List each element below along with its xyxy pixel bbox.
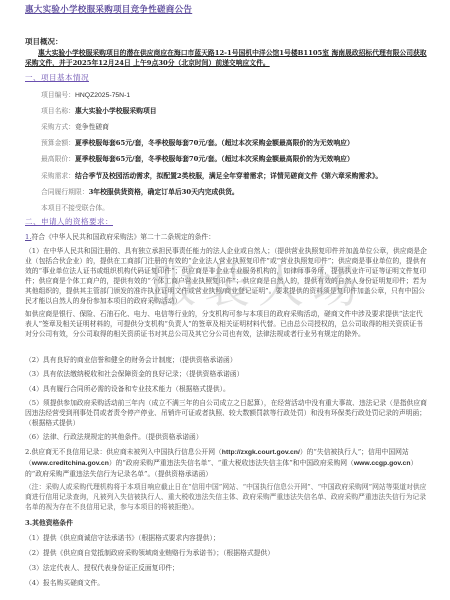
overview-label: 项目概况： — [25, 36, 63, 47]
section-1-heading[interactable]: 一、项目基本情况 — [25, 72, 89, 83]
section-2-heading[interactable]: 二、申请人的资格要求： — [25, 216, 113, 227]
requirement-1-branch-note: 如供应商是银行、保险、石油石化、电力、电信等行业的，分支机构可参与本项目的政府采… — [25, 309, 427, 339]
field-max-price: 最高限价：夏季校服每套65元/套，冬季校服每套70元/套。（超过本次采购金额最高… — [41, 153, 354, 163]
consortium-note: 本项目不接受联合体。 — [41, 202, 109, 212]
link-zxgk[interactable]: http://zxgk.court.gov.cn/ — [222, 449, 300, 456]
field-value: 惠大实验小学校服采购项目 — [75, 107, 157, 115]
field-value: 结合季节及校园活动需求，拟配置2类校服，满足全年穿着需求；详情见磋商文件《第六章… — [75, 172, 382, 180]
field-value: 夏季校服每套65元/套，冬季校服每套70元/套。（超过本次采购金额最高限价的为无… — [75, 155, 354, 163]
requirement-3-item-2: （2）提供《供应商自觉抵制政府采购领域商业贿赂行为承诺书》；（根据格式提供） — [25, 548, 427, 558]
requirement-3-item-4: （4）报名购买磋商文件。 — [25, 578, 427, 588]
link-ccgp[interactable]: www.ccgp.gov.cn — [354, 460, 411, 467]
requirement-2: 2.供应商无不良信用记录：供应商未被列入中国执行信息公开网（http://zxg… — [25, 447, 427, 479]
field-value: 3年校服供货资格，确定订单后30天内完成供货。 — [89, 188, 239, 196]
requirement-1-item-1: （1）在中华人民共和国注册的、具有独立承担民事责任能力的法人企业或自然人；（提供… — [25, 246, 427, 306]
field-project-name: 项目名称：惠大实验小学校服采购项目 — [41, 105, 157, 115]
field-key: 合同履行期限： — [41, 188, 89, 196]
requirement-3-item-1: （1）提供《供应商诚信守法承诺书》（根据格式要求内容提供）； — [25, 533, 427, 543]
requirement-2-note: （注：采购人或采购代理机构将于本项目响应截止日在“信用中国”网站、“中国执行信息… — [25, 482, 427, 512]
field-key: 项目编号： — [41, 91, 75, 99]
requirement-1-item-6: （6）法律、行政法规规定的其他条件。（提供资格承诺函） — [25, 432, 427, 442]
requirement-3-heading: 3.其他资格条件 — [25, 518, 427, 528]
announcement-title[interactable]: 惠大实验小学校服采购项目竞争性磋商公告 — [25, 3, 192, 15]
requirement-1-item-3: （3）具有依法缴纳税收和社会保障资金的良好记录；（提供资格承诺函） — [25, 369, 427, 379]
overview-text: 惠大实验小学校服采购项目的潜在供应商应在海口市蓝天路12-1号国机中洋公馆1号楼… — [25, 48, 427, 68]
requirement-1: 1.符合《中华人民共和国政府采购法》第二十二条规定的条件： — [25, 232, 427, 242]
field-value: 竞争性磋商 — [75, 123, 109, 131]
link-creditchina[interactable]: www.creditchina.gov.cn — [32, 460, 109, 467]
field-key: 采购需求： — [41, 172, 75, 180]
requirement-1-item-4: （4）具有履行合同所必需的设备和专业技术能力（根据格式提供）。 — [25, 384, 427, 394]
requirement-1-item-5: （5）须提供参加政府采购活动前三年内（成立不满三年的自公司成立之日起算），在经营… — [25, 398, 427, 428]
field-value: 夏季校服每套65元/套，冬季校服每套70元/套。（超过本次采购金额最高限价的为无… — [75, 139, 354, 147]
field-key: 最高限价： — [41, 155, 75, 163]
field-key: 项目名称： — [41, 107, 75, 115]
field-project-number: 项目编号：HNQZ2025-75N-1 — [41, 89, 130, 99]
field-value: HNQZ2025-75N-1 — [75, 92, 130, 99]
field-requirements: 采购需求：结合季节及校园活动需求，拟配置2类校服，满足全年穿着需求；详情见磋商文… — [41, 170, 382, 180]
requirement-1-item-2: （2）具有良好的商业信誉和健全的财务会计制度；（提供资格承诺函） — [25, 355, 427, 365]
field-contract-period: 合同履行期限：3年校服供货资格，确定订单后30天内完成供货。 — [41, 186, 239, 196]
requirement-3-item-3: （3）法定代表人、授权代表身份证正反面复印件； — [25, 563, 427, 573]
field-key: 采购方式： — [41, 123, 75, 131]
field-budget: 预算金额：夏季校服每套65元/套，冬季校服每套70元/套。（超过本次采购金额最高… — [41, 137, 354, 147]
field-procurement-method: 采购方式：竞争性磋商 — [41, 121, 109, 131]
field-key: 预算金额： — [41, 139, 75, 147]
